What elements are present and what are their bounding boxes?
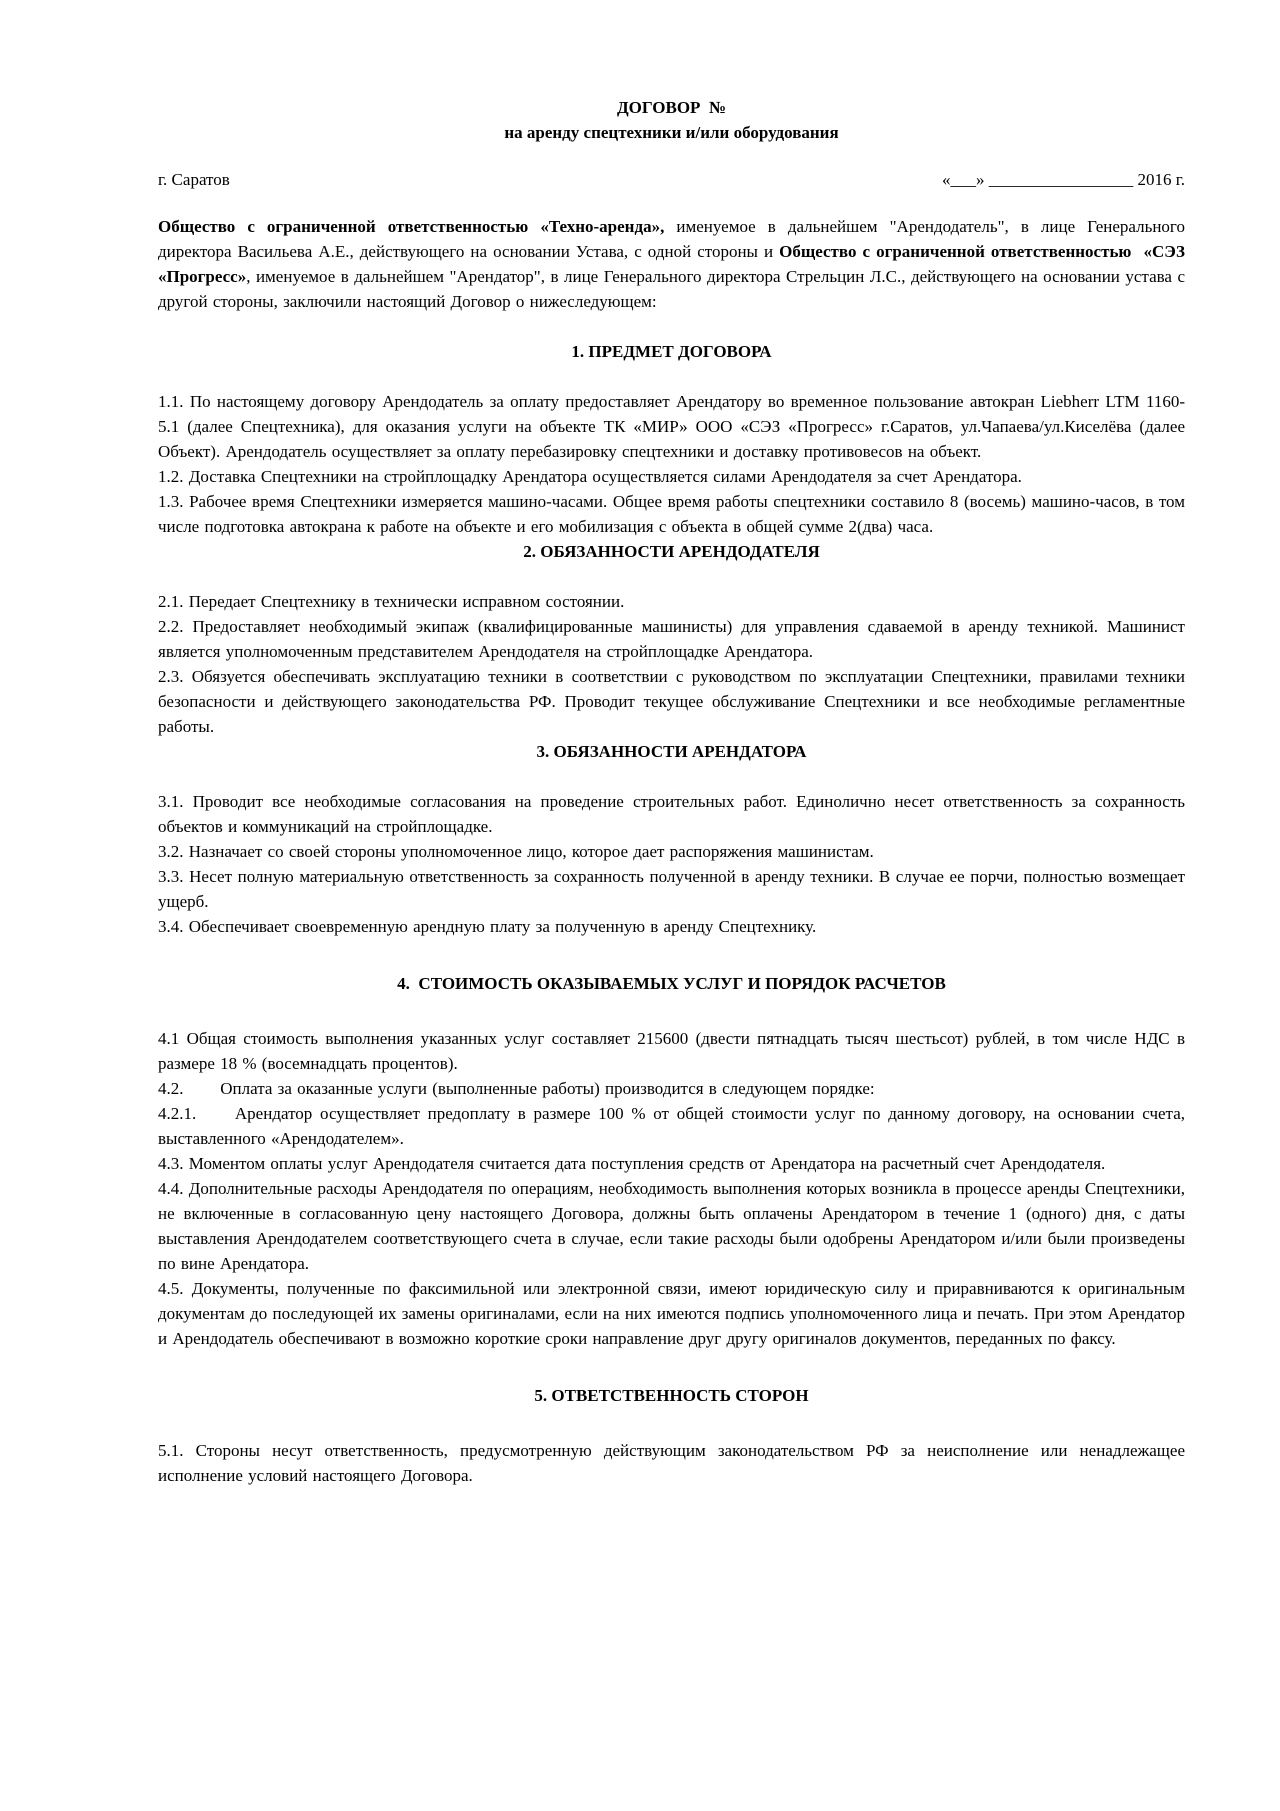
clause-3-3: 3.3. Несет полную материальную ответстве… (158, 864, 1185, 914)
lessor-company-name: Общество с ограниченной ответственностью… (158, 217, 676, 236)
section-lessor-obligations: 2. ОБЯЗАННОСТИ АРЕНДОДАТЕЛЯ 2.1. Передае… (158, 539, 1185, 739)
clause-4-2-1: 4.2.1. Арендатор осуществляет предоплату… (158, 1101, 1185, 1151)
clause-4-1: 4.1 Общая стоимость выполнения указанных… (158, 1026, 1185, 1076)
section-heading-1: 1. ПРЕДМЕТ ДОГОВОРА (158, 339, 1185, 364)
section-heading-2: 2. ОБЯЗАННОСТИ АРЕНДОДАТЕЛЯ (158, 539, 1185, 564)
city-label: г. Саратов (158, 167, 230, 192)
section-cost-and-payments: 4. СТОИМОСТЬ ОКАЗЫВАЕМЫХ УСЛУГ И ПОРЯДОК… (158, 971, 1185, 1351)
clause-3-2: 3.2. Назначает со своей стороны уполномо… (158, 839, 1185, 864)
clause-3-4: 3.4. Обеспечивает своевременную арендную… (158, 914, 1185, 939)
section-lessee-obligations: 3. ОБЯЗАННОСТИ АРЕНДАТОРА 3.1. Проводит … (158, 739, 1185, 939)
clause-2-2: 2.2. Предоставляет необходимый экипаж (к… (158, 614, 1185, 664)
contract-document-page: ДОГОВОР № на аренду спецтехники и/или об… (0, 0, 1280, 1811)
clause-3-1: 3.1. Проводит все необходимые согласован… (158, 789, 1185, 839)
clause-4-4: 4.4. Дополнительные расходы Арендодателя… (158, 1176, 1185, 1276)
clause-4-5: 4.5. Документы, полученные по факсимильн… (158, 1276, 1185, 1351)
lessee-description: , именуемое в дальнейшем "Арендатор", в … (158, 267, 1185, 311)
section-subject: 1. ПРЕДМЕТ ДОГОВОРА 1.1. По настоящему д… (158, 339, 1185, 539)
date-blank-line: «___» _________________ 2016 г. (942, 167, 1185, 192)
clause-4-3: 4.3. Моментом оплаты услуг Арендодателя … (158, 1151, 1185, 1176)
section-heading-5: 5. ОТВЕТСТВЕННОСТЬ СТОРОН (158, 1383, 1185, 1408)
document-subtitle: на аренду спецтехники и/или оборудования (158, 120, 1185, 145)
section-heading-3: 3. ОБЯЗАННОСТИ АРЕНДАТОРА (158, 739, 1185, 764)
city-date-row: г. Саратов «___» _________________ 2016 … (158, 167, 1185, 192)
section-heading-4: 4. СТОИМОСТЬ ОКАЗЫВАЕМЫХ УСЛУГ И ПОРЯДОК… (158, 971, 1185, 996)
preamble-paragraph: Общество с ограниченной ответственностью… (158, 214, 1185, 314)
section-liability: 5. ОТВЕТСТВЕННОСТЬ СТОРОН 5.1. Стороны н… (158, 1383, 1185, 1488)
clause-1-2: 1.2. Доставка Спецтехники на стройплощад… (158, 464, 1185, 489)
clause-5-1: 5.1. Стороны несут ответственность, пред… (158, 1438, 1185, 1488)
clause-1-3: 1.3. Рабочее время Спецтехники измеряетс… (158, 489, 1185, 539)
clause-1-1: 1.1. По настоящему договору Арендодатель… (158, 389, 1185, 464)
document-title: ДОГОВОР № (158, 95, 1185, 120)
clause-2-1: 2.1. Передает Спецтехнику в технически и… (158, 589, 1185, 614)
clause-4-2: 4.2. Оплата за оказанные услуги (выполне… (158, 1076, 1185, 1101)
document-title-block: ДОГОВОР № на аренду спецтехники и/или об… (158, 95, 1185, 145)
clause-2-3: 2.3. Обязуется обеспечивать эксплуатацию… (158, 664, 1185, 739)
